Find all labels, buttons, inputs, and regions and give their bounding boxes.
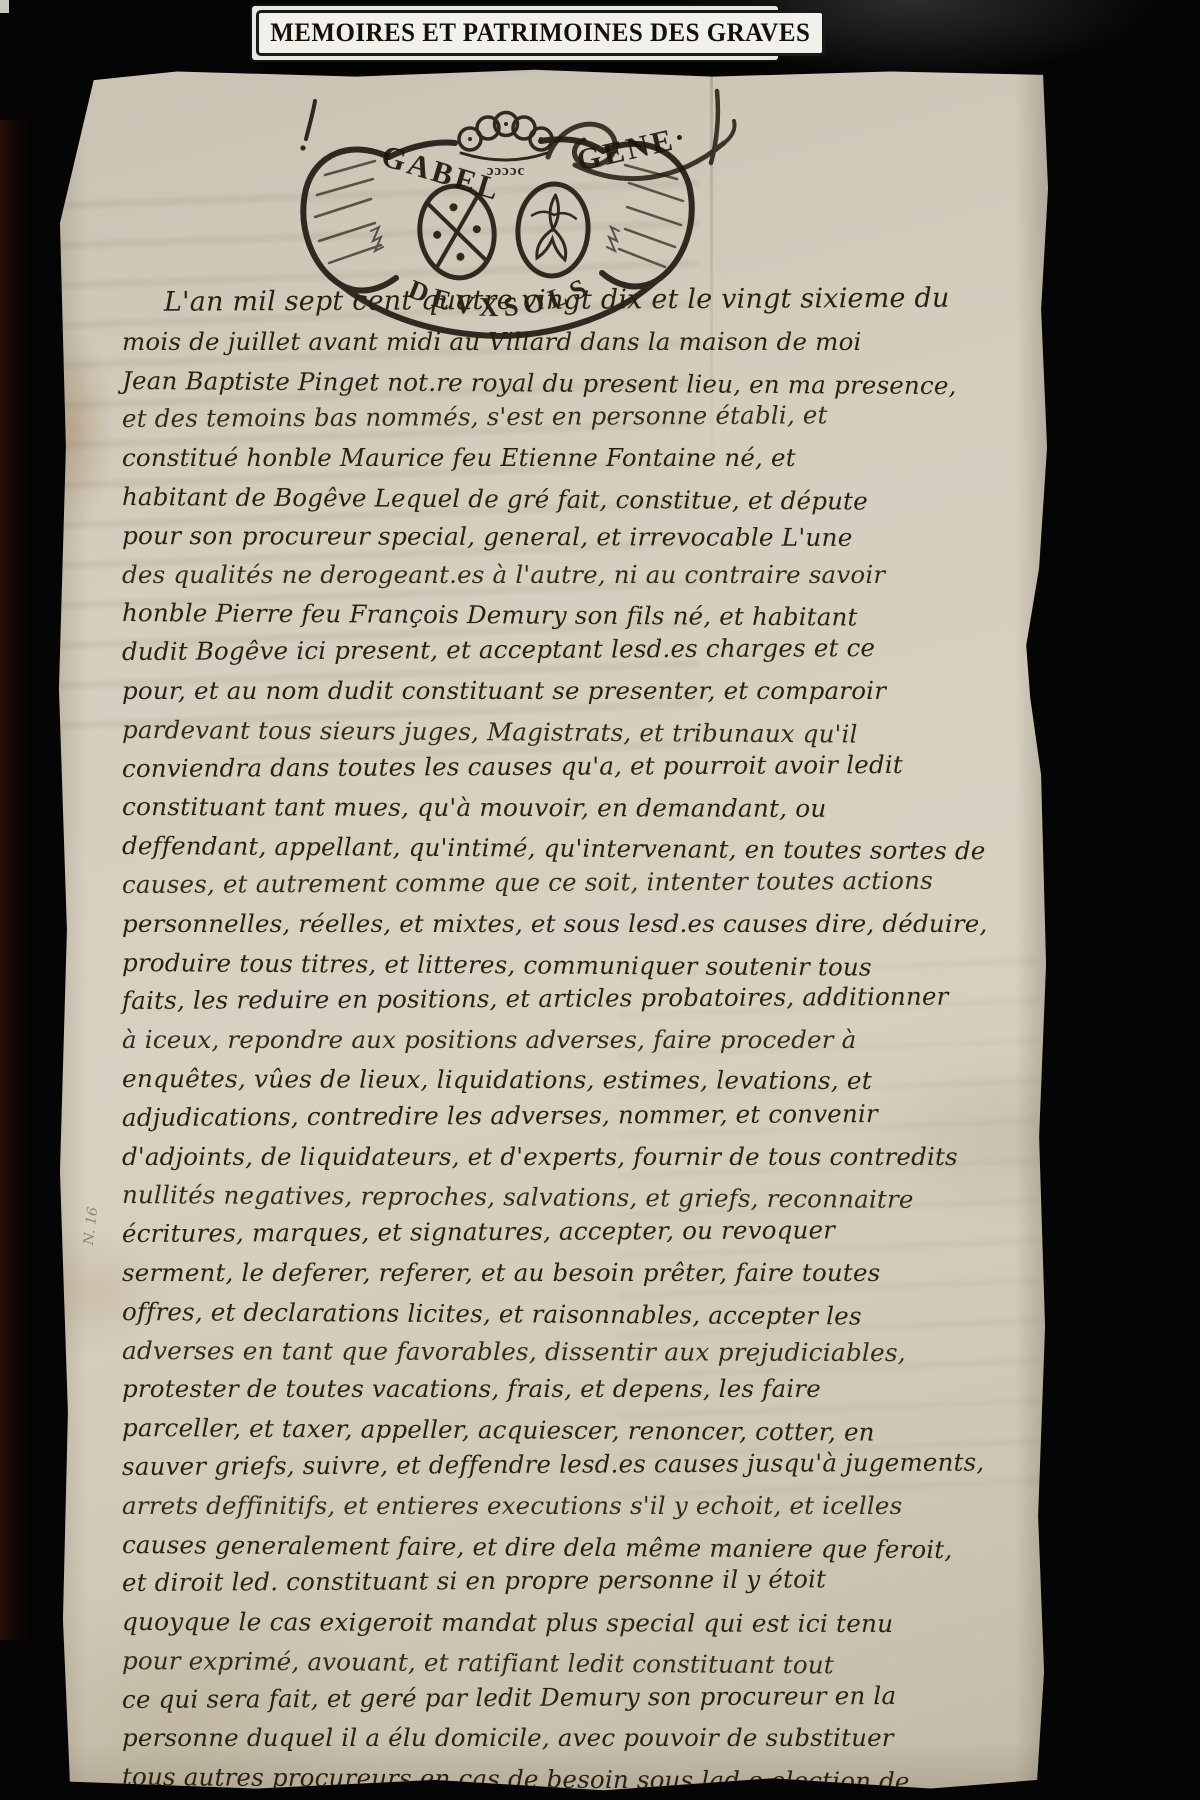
manuscript-line: L'an mil sept cent quatre vingt dix et l… bbox=[122, 279, 1030, 323]
manuscript-line: et diroit led. constituant si en propre … bbox=[122, 1560, 1030, 1604]
manuscript-line: écritures, marques, et signatures, accep… bbox=[122, 1210, 1030, 1254]
header-plate: MEMOIRES ET PATRIMOINES DES GRAVES bbox=[252, 6, 778, 60]
manuscript: L'an mil sept cent quatre vingt dix et l… bbox=[122, 284, 1030, 1797]
margin-note: N. 16 bbox=[81, 1206, 102, 1246]
manuscript-line: à iceux, repondre aux positions adverses… bbox=[122, 1021, 1030, 1060]
manuscript-line: faits, les reduire en positions, et arti… bbox=[122, 978, 1030, 1022]
manuscript-line: causes, et autrement comme que ce soit, … bbox=[122, 861, 1030, 905]
header-plate-frame: MEMOIRES ET PATRIMOINES DES GRAVES bbox=[256, 10, 825, 56]
manuscript-line: arrets deffinitifs, et entieres executio… bbox=[122, 1487, 1030, 1526]
manuscript-line: quoyque le cas exigeroit mandat plus spe… bbox=[122, 1603, 1039, 1644]
manuscript-line: pour son procureur special, general, et … bbox=[122, 517, 1039, 558]
manuscript-line: ce qui sera fait, et geré par ledit Demu… bbox=[122, 1676, 1030, 1720]
manuscript-line: conviendra dans toutes les causes qu'a, … bbox=[122, 745, 1030, 789]
manuscript-line: dudit Bogêve ici present, et acceptant l… bbox=[122, 628, 1030, 672]
exclamation-stroke-icon bbox=[300, 101, 315, 151]
manuscript-line: personnelles, réelles, et mixtes, et sou… bbox=[122, 905, 1030, 944]
manuscript-line: adjudications, contredire les adverses, … bbox=[122, 1094, 1030, 1138]
document-page: GABEL GENE· ɔɔɔɔc DEVXSOLS L'an mil sept… bbox=[58, 68, 1050, 1792]
manuscript-line: personne duquel il a élu domicile, avec … bbox=[122, 1719, 1030, 1758]
manuscript-line: et des temoins bas nommés, s'est en pers… bbox=[122, 396, 1030, 440]
manuscript-line: pour, et au nom dudit constituant se pre… bbox=[122, 672, 1030, 711]
manuscript-line: constitué honble Maurice feu Etienne Fon… bbox=[122, 439, 1030, 478]
manuscript-line: adverses en tant que favorables, dissent… bbox=[122, 1332, 1039, 1373]
header-plate-text: MEMOIRES ET PATRIMOINES DES GRAVES bbox=[270, 18, 810, 48]
manuscript-line: sauver griefs, suivre, et deffendre lesd… bbox=[122, 1443, 1030, 1487]
manuscript-line: serment, le deferer, referer, et au beso… bbox=[122, 1254, 1030, 1293]
manuscript-line: protester de toutes vacations, frais, et… bbox=[122, 1370, 1030, 1409]
manuscript-line: mois de juillet avant midi au Villard da… bbox=[122, 323, 1030, 362]
manuscript-line: des qualités ne derogeant.es à l'autre, … bbox=[122, 556, 1030, 595]
manuscript-line: habitant de Bogêve Lequel de gré fait, c… bbox=[122, 478, 1030, 522]
corner-speck bbox=[0, 0, 9, 13]
photo-background: MEMOIRES ET PATRIMOINES DES GRAVES bbox=[0, 0, 1200, 1800]
manuscript-line: tous autres procureurs en cas de besoin … bbox=[122, 1758, 1030, 1800]
ink-flourish-icon bbox=[520, 85, 750, 215]
manuscript-line: d'adjoints, de liquidateurs, et d'expert… bbox=[122, 1138, 1030, 1177]
manuscript-line: constituant tant mues, qu'à mouvoir, en … bbox=[122, 788, 1039, 829]
left-edge-tint bbox=[0, 120, 30, 1640]
manuscript-line: offres, et declarations licites, et rais… bbox=[122, 1293, 1030, 1337]
